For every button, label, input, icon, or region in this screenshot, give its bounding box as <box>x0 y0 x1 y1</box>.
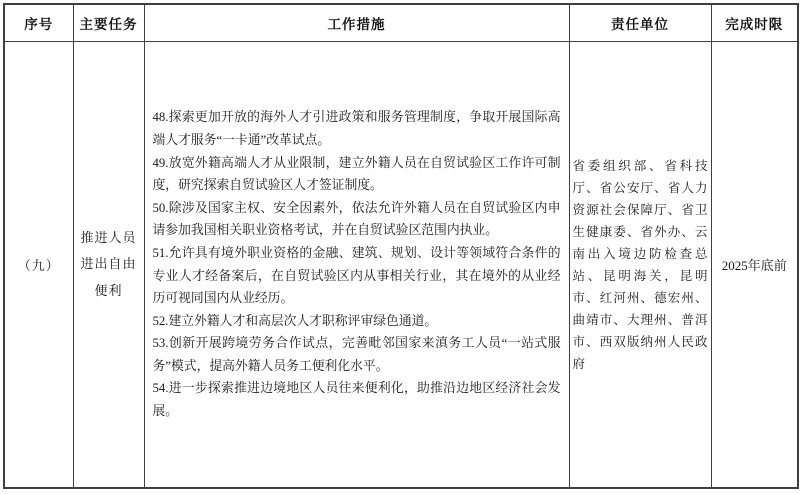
main-task-text: 推进人员进出自由便利 <box>80 225 138 305</box>
measure-item-52: 52.建立外籍人才和高层次人才职称评审绿色通道。 <box>153 310 561 333</box>
cell-task: 推进人员进出自由便利 <box>73 42 144 489</box>
table-header-row: 序号 主要任务 工作措施 责任单位 完成时限 <box>4 4 798 42</box>
measure-item-51: 51.允许具有境外职业资格的金融、建筑、规划、设计等领域符合条件的专业人才经备案… <box>153 242 561 310</box>
cell-serial: （九） <box>4 42 73 489</box>
responsible-units-text: 省委组织部、省科技厅、省公安厅、省人力资源社会保障厅、省卫生健康委、省外办、云南… <box>573 155 708 375</box>
document-page: 序号 主要任务 工作措施 责任单位 完成时限 （九） 推进人员进出自由便利 48… <box>0 0 800 494</box>
table-body-row: （九） 推进人员进出自由便利 48.探索更加开放的海外人才引进政策和服务管理制度… <box>4 42 798 489</box>
measure-item-48: 48.探索更加开放的海外人才引进政策和服务管理制度，争取开展国际高端人才服务“一… <box>153 106 561 151</box>
header-cell-serial: 序号 <box>4 4 73 42</box>
cell-measures: 48.探索更加开放的海外人才引进政策和服务管理制度，争取开展国际高端人才服务“一… <box>144 42 569 489</box>
header-cell-deadline: 完成时限 <box>711 4 798 42</box>
measure-item-49: 49.放宽外籍高端人才从业限制，建立外籍人员在自贸试验区工作许可制度，研究探索自… <box>153 152 561 197</box>
measure-item-53: 53.创新开展跨境劳务合作试点，完善毗邻国家来滇务工人员“一站式服务”模式，提高… <box>153 332 561 377</box>
header-cell-responsible: 责任单位 <box>569 4 711 42</box>
measure-item-54: 54.进一步探索推进边境地区人员往来便利化，助推沿边地区经济社会发展。 <box>153 377 561 422</box>
deadline-text: 2025年底前 <box>712 255 798 274</box>
measure-item-50: 50.除涉及国家主权、安全因素外，依法允许外籍人员在自贸试验区内申请参加我国相关… <box>153 197 561 242</box>
cell-deadline: 2025年底前 <box>711 42 798 489</box>
task-table: 序号 主要任务 工作措施 责任单位 完成时限 （九） 推进人员进出自由便利 48… <box>3 3 799 489</box>
measures-list: 48.探索更加开放的海外人才引进政策和服务管理制度，争取开展国际高端人才服务“一… <box>153 106 561 422</box>
serial-number: （九） <box>5 255 73 274</box>
header-cell-measures: 工作措施 <box>144 4 569 42</box>
header-cell-task: 主要任务 <box>73 4 144 42</box>
cell-responsible: 省委组织部、省科技厅、省公安厅、省人力资源社会保障厅、省卫生健康委、省外办、云南… <box>569 42 711 489</box>
